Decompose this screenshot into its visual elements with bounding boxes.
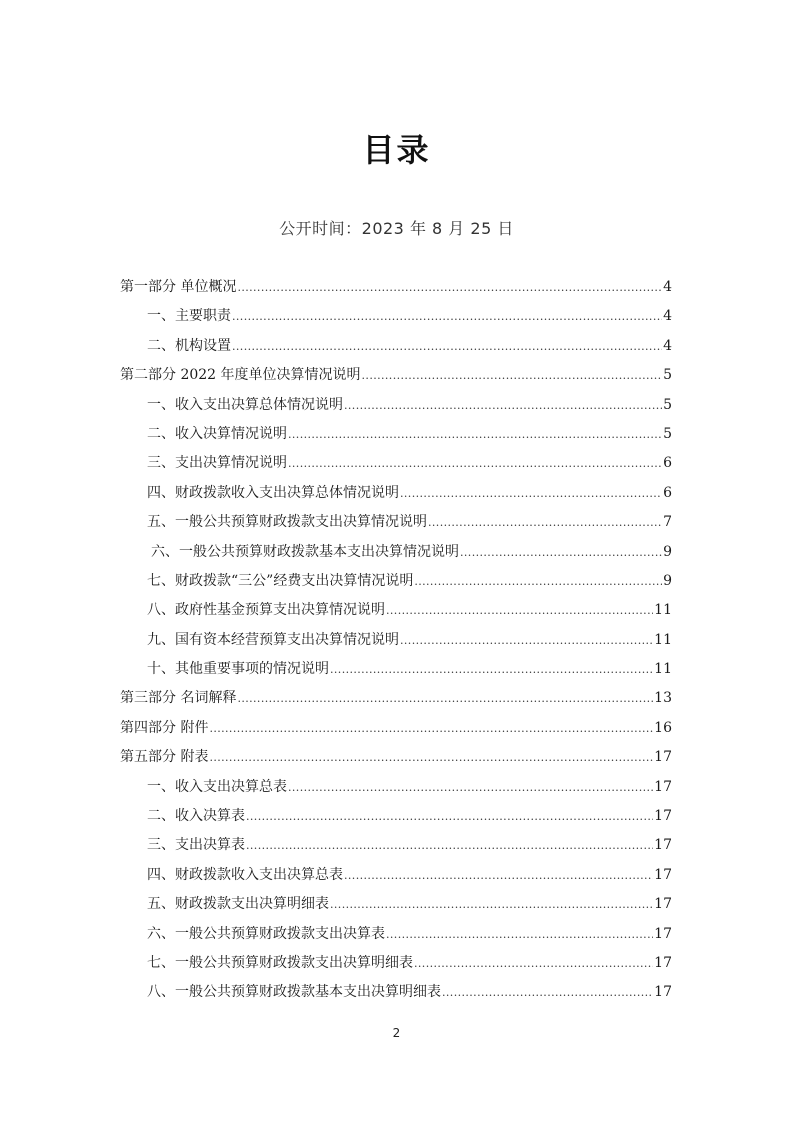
toc-entry-2-1[interactable]: 一、收入支出决算总体情况说明5 xyxy=(120,395,672,424)
toc-entry-page: 5 xyxy=(663,395,672,415)
toc-entry-5-6[interactable]: 六、一般公共预算财政拨款支出决算表17 xyxy=(120,924,672,953)
toc-entry-2-5[interactable]: 五、一般公共预算财政拨款支出决算情况说明7 xyxy=(120,512,672,541)
toc-entry-label: 二、机构设置 xyxy=(147,336,231,356)
toc-entry-label: 五、一般公共预算财政拨款支出决算情况说明 xyxy=(147,512,427,532)
toc-entry-label: 第二部分 2022 年度单位决算情况说明 xyxy=(120,365,361,385)
toc-entry-label: 一、主要职责 xyxy=(147,306,231,326)
toc-entry-label: 四、财政拨款收入支出决算总体情况说明 xyxy=(147,483,399,503)
toc-entry-label: 八、政府性基金预算支出决算情况说明 xyxy=(147,600,385,620)
toc-entry-part-3[interactable]: 第三部分 名词解释13 xyxy=(120,688,672,717)
toc-dot-leader xyxy=(330,659,653,680)
toc-entry-label: 第四部分 附件 xyxy=(120,718,208,738)
toc-dot-leader xyxy=(209,718,653,739)
toc-entry-label: 六、一般公共预算财政拨款支出决算表 xyxy=(147,924,385,944)
toc-entry-page: 17 xyxy=(654,806,672,826)
toc-entry-page: 5 xyxy=(663,424,672,444)
page-title: 目录 xyxy=(0,125,793,171)
toc-entry-2-3[interactable]: 三、支出决算情况说明6 xyxy=(120,453,672,482)
toc-dot-leader xyxy=(344,395,662,416)
toc-dot-leader xyxy=(442,982,653,1003)
toc-entry-page: 6 xyxy=(663,483,672,503)
toc-entry-page: 13 xyxy=(654,688,672,708)
toc-entry-page: 4 xyxy=(663,277,672,297)
toc-entry-page: 17 xyxy=(654,924,672,944)
toc-entry-label: 七、一般公共预算财政拨款支出决算明细表 xyxy=(147,953,413,973)
toc-dot-leader xyxy=(362,365,663,386)
toc-entry-page: 17 xyxy=(654,953,672,973)
publish-date: 公开时间：2023 年 8 月 25 日 xyxy=(0,216,793,239)
toc-entry-5-5[interactable]: 五、财政拨款支出决算明细表17 xyxy=(120,894,672,923)
toc-dot-leader xyxy=(232,306,662,327)
toc-entry-5-7[interactable]: 七、一般公共预算财政拨款支出决算明细表17 xyxy=(120,953,672,982)
toc-entry-label: 五、财政拨款支出决算明细表 xyxy=(147,894,329,914)
table-of-contents: 第一部分 单位概况4 一、主要职责4 二、机构设置4 第二部分 2022 年度单… xyxy=(120,277,672,1012)
toc-entry-2-2[interactable]: 二、收入决算情况说明5 xyxy=(120,424,672,453)
toc-entry-page: 17 xyxy=(654,894,672,914)
toc-entry-5-3[interactable]: 三、支出决算表17 xyxy=(120,835,672,864)
toc-dot-leader xyxy=(386,924,653,945)
toc-entry-page: 9 xyxy=(663,542,672,562)
page-number: 2 xyxy=(0,1026,793,1040)
toc-entry-label: 六、一般公共预算财政拨款基本支出决算情况说明 xyxy=(151,542,459,562)
toc-entry-label: 九、国有资本经营预算支出决算情况说明 xyxy=(147,630,399,650)
toc-dot-leader xyxy=(386,600,653,621)
toc-dot-leader xyxy=(330,894,653,915)
toc-dot-leader xyxy=(232,336,662,357)
toc-entry-label: 八、一般公共预算财政拨款基本支出决算明细表 xyxy=(147,982,441,1002)
toc-dot-leader xyxy=(428,512,662,533)
toc-entry-part-1[interactable]: 第一部分 单位概况4 xyxy=(120,277,672,306)
toc-entry-label: 一、收入支出决算总体情况说明 xyxy=(147,395,343,415)
toc-entry-label: 三、支出决算情况说明 xyxy=(147,453,287,473)
toc-dot-leader xyxy=(288,453,662,474)
toc-dot-leader xyxy=(246,806,653,827)
toc-entry-label: 三、支出决算表 xyxy=(147,835,245,855)
toc-entry-2-7[interactable]: 七、财政拨款“三公”经费支出决算情况说明9 xyxy=(120,571,672,600)
toc-entry-2-8[interactable]: 八、政府性基金预算支出决算情况说明11 xyxy=(120,600,672,629)
toc-entry-page: 4 xyxy=(663,336,672,356)
toc-dot-leader xyxy=(288,424,662,445)
toc-dot-leader xyxy=(344,865,653,886)
toc-entry-label: 第五部分 附表 xyxy=(120,747,208,767)
toc-dot-leader xyxy=(414,953,653,974)
toc-dot-leader xyxy=(237,688,653,709)
toc-dot-leader xyxy=(460,542,662,563)
toc-entry-page: 4 xyxy=(663,306,672,326)
toc-dot-leader xyxy=(246,835,653,856)
toc-entry-page: 17 xyxy=(654,747,672,767)
toc-entry-label: 第三部分 名词解释 xyxy=(120,688,236,708)
toc-entry-label: 七、财政拨款“三公”经费支出决算情况说明 xyxy=(147,571,413,591)
toc-entry-page: 17 xyxy=(654,865,672,885)
toc-entry-2-4[interactable]: 四、财政拨款收入支出决算总体情况说明6 xyxy=(120,483,672,512)
toc-entry-page: 11 xyxy=(654,600,672,620)
toc-dot-leader xyxy=(288,777,653,798)
toc-entry-2-6[interactable]: 六、一般公共预算财政拨款基本支出决算情况说明9 xyxy=(120,542,672,571)
toc-entry-page: 9 xyxy=(663,571,672,591)
toc-entry-label: 一、收入支出决算总表 xyxy=(147,777,287,797)
toc-entry-2-10[interactable]: 十、其他重要事项的情况说明11 xyxy=(120,659,672,688)
toc-entry-label: 十、其他重要事项的情况说明 xyxy=(147,659,329,679)
toc-entry-1-1[interactable]: 一、主要职责4 xyxy=(120,306,672,335)
toc-dot-leader xyxy=(209,747,653,768)
toc-entry-page: 11 xyxy=(654,630,672,650)
toc-dot-leader xyxy=(237,277,662,298)
toc-entry-part-4[interactable]: 第四部分 附件16 xyxy=(120,718,672,747)
toc-entry-part-2[interactable]: 第二部分 2022 年度单位决算情况说明5 xyxy=(120,365,672,394)
toc-dot-leader xyxy=(414,571,662,592)
toc-entry-page: 17 xyxy=(654,835,672,855)
toc-entry-label: 二、收入决算情况说明 xyxy=(147,424,287,444)
toc-entry-page: 16 xyxy=(654,718,672,738)
toc-entry-page: 6 xyxy=(663,453,672,473)
toc-entry-page: 17 xyxy=(654,777,672,797)
toc-entry-5-8[interactable]: 八、一般公共预算财政拨款基本支出决算明细表17 xyxy=(120,982,672,1011)
toc-entry-page: 17 xyxy=(654,982,672,1002)
toc-entry-label: 四、财政拨款收入支出决算总表 xyxy=(147,865,343,885)
toc-entry-1-2[interactable]: 二、机构设置4 xyxy=(120,336,672,365)
toc-entry-label: 第一部分 单位概况 xyxy=(120,277,236,297)
toc-entry-page: 7 xyxy=(663,512,672,532)
toc-dot-leader xyxy=(400,630,653,651)
toc-entry-5-1[interactable]: 一、收入支出决算总表17 xyxy=(120,777,672,806)
toc-entry-5-4[interactable]: 四、财政拨款收入支出决算总表17 xyxy=(120,865,672,894)
toc-dot-leader xyxy=(400,483,662,504)
toc-entry-part-5[interactable]: 第五部分 附表17 xyxy=(120,747,672,776)
toc-entry-label: 二、收入决算表 xyxy=(147,806,245,826)
toc-entry-page: 11 xyxy=(654,659,672,679)
toc-entry-page: 5 xyxy=(663,365,672,385)
toc-entry-2-9[interactable]: 九、国有资本经营预算支出决算情况说明11 xyxy=(120,630,672,659)
toc-entry-5-2[interactable]: 二、收入决算表17 xyxy=(120,806,672,835)
